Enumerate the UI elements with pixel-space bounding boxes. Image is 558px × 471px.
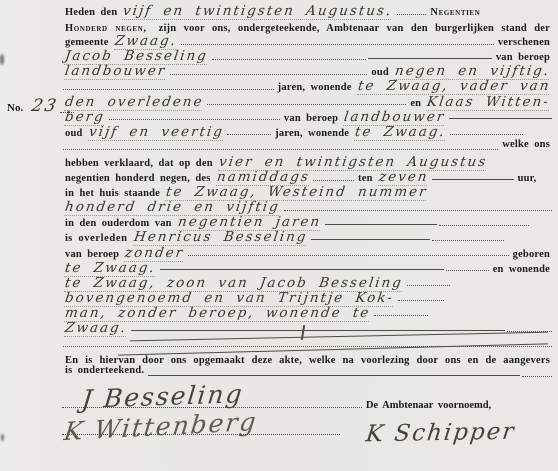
form-line: negentien honderd negen, desnamiddagsten… bbox=[62, 169, 553, 184]
printed-text: jaren, wonende bbox=[278, 82, 352, 93]
printed-text: geboren bbox=[513, 249, 550, 260]
form-line: gemeenteZwaag.verschenen bbox=[62, 33, 553, 48]
dotted-filler bbox=[181, 44, 494, 45]
handwritten-text: Zwaag. bbox=[64, 320, 128, 337]
printed-text: uur, bbox=[518, 173, 537, 184]
handwritten-text: vijf en twintigsten Augustus. bbox=[122, 3, 394, 20]
signature-section: J Besseling K Wittenberg De Ambtenaar vo… bbox=[62, 379, 550, 446]
handwritten-text: te Zwaag. bbox=[354, 124, 447, 141]
handwritten-text: den overledene bbox=[64, 94, 205, 111]
printed-text: oud bbox=[65, 128, 83, 139]
dotted-filler bbox=[446, 270, 489, 271]
form-line: hebben verklaard, dat op denvier en twin… bbox=[62, 154, 553, 169]
rule-filler bbox=[449, 118, 552, 119]
handwritten-text: vijf en veertig bbox=[87, 124, 224, 141]
form-line: man, zonder beroep, wonende te bbox=[62, 305, 553, 320]
printed-text: zijn voor ons, ondergeteekende, Ambtenaa… bbox=[159, 23, 550, 34]
dotted-filler bbox=[397, 14, 427, 15]
dotted-filler bbox=[313, 180, 354, 181]
form-line: te Zwaag.en wonende bbox=[62, 260, 553, 275]
dotted-filler bbox=[212, 59, 366, 60]
printed-text: is bbox=[65, 233, 72, 244]
printed-text-bold: overleden bbox=[78, 233, 127, 244]
printed-text: ten bbox=[358, 173, 373, 184]
dotted-filler bbox=[170, 74, 367, 75]
dotted-filler bbox=[109, 119, 280, 120]
rule-filler bbox=[148, 375, 520, 376]
printed-text: verschenen bbox=[498, 37, 550, 48]
dotted-filler bbox=[432, 240, 504, 241]
form-line: Heden denvijf en twintigsten Augustus.Ne… bbox=[62, 3, 553, 18]
paper-speck bbox=[0, 54, 4, 65]
dotted-filler bbox=[63, 89, 274, 90]
form-line: in het huis staandete Zwaag, Westeind nu… bbox=[62, 184, 553, 199]
rule-filler bbox=[432, 179, 514, 180]
dotted-filler bbox=[284, 210, 552, 211]
dotted-filler bbox=[439, 225, 529, 226]
official-title-label: De Ambtenaar voornoemd, bbox=[366, 400, 550, 411]
paper-speck bbox=[1, 434, 4, 441]
declarant-signatures: J Besseling K Wittenberg bbox=[62, 379, 366, 446]
handwritten-text: landbouwer bbox=[64, 63, 168, 80]
dotted-filler bbox=[374, 315, 427, 316]
form-line: te Zwaag, zoon van Jacob Besseling bbox=[62, 275, 553, 290]
printed-text: negentien honderd negen, des bbox=[65, 173, 211, 184]
form-line: honderd drie en vijftig bbox=[62, 199, 553, 214]
record-number-label: No. bbox=[7, 102, 23, 114]
printed-text: welke ons bbox=[502, 139, 550, 150]
dotted-filler bbox=[188, 255, 508, 256]
form-line: welke ons bbox=[62, 139, 553, 154]
official-signature-block: De Ambtenaar voornoemd, K Schipper bbox=[366, 379, 550, 446]
form-line: isoverledenHenricus Besseling bbox=[62, 229, 553, 244]
printed-text: jaren, wonende bbox=[275, 128, 349, 139]
rule-filler bbox=[325, 224, 438, 225]
dotted-filler bbox=[207, 104, 406, 105]
form-line: Honderd negen, zijn voor ons, ondergetee… bbox=[62, 18, 553, 33]
handwritten-text: Henricus Besseling bbox=[132, 229, 308, 246]
printed-text: oud bbox=[371, 67, 389, 78]
handwritten-text: te Zwaag, vader van bbox=[356, 78, 551, 95]
rule-filler bbox=[160, 269, 444, 270]
printed-text: van beroep bbox=[496, 52, 550, 63]
form-body: Heden denvijf en twintigsten Augustus.Ne… bbox=[62, 3, 553, 380]
rule-filler bbox=[368, 58, 492, 59]
printed-text: en bbox=[410, 98, 421, 109]
printed-text: hebben verklaard, dat op den bbox=[65, 158, 213, 169]
dotted-filler bbox=[398, 300, 444, 301]
form-line: oudvijf en veertigjaren, wonendete Zwaag… bbox=[62, 124, 553, 139]
printed-text: in het huis staande bbox=[65, 188, 160, 199]
dotted-filler bbox=[407, 285, 451, 286]
rule-filler bbox=[311, 239, 431, 240]
form-line: bovengenoemd en van Trijntje Kok- bbox=[62, 290, 553, 305]
dotted-filler bbox=[522, 376, 552, 377]
printed-text: van beroep bbox=[284, 113, 338, 124]
printed-text-smallcaps: Negentien bbox=[430, 7, 480, 18]
form-line: landbouweroudnegen en vijftig. bbox=[62, 63, 553, 78]
record-number-value: 23 bbox=[30, 96, 60, 116]
handwritten-text: Klaas Witten- bbox=[426, 94, 551, 111]
death-certificate-scan: No. 23 Heden denvijf en twintigsten Augu… bbox=[0, 0, 558, 471]
signature-schipper: K Schipper bbox=[364, 419, 517, 448]
printed-text: Heden den bbox=[65, 7, 117, 18]
form-line: Jacob Besselingvan beroep bbox=[62, 48, 553, 63]
dotted-filler bbox=[227, 134, 271, 135]
handwritten-text: zonder bbox=[124, 245, 185, 262]
form-line: in den ouderdom vannegentien jaren bbox=[62, 214, 553, 229]
rule-filler bbox=[131, 330, 505, 331]
dotted-filler bbox=[450, 134, 523, 135]
printed-text: gemeente bbox=[65, 37, 109, 48]
dotted-filler bbox=[63, 149, 498, 150]
printed-text: in den ouderdom van bbox=[65, 218, 172, 229]
printed-text: van beroep bbox=[65, 249, 119, 260]
form-line: jaren, wonendete Zwaag, vader van bbox=[62, 78, 553, 93]
form-line: den overledeneenKlaas Witten- bbox=[62, 94, 553, 109]
printed-text: is onderteekend. bbox=[65, 365, 144, 376]
printed-text: en wonende bbox=[493, 264, 550, 275]
form-line: van beroepzondergeboren bbox=[62, 245, 553, 260]
form-line: En is hiervan door ons opgemaakt deze ak… bbox=[62, 350, 553, 365]
